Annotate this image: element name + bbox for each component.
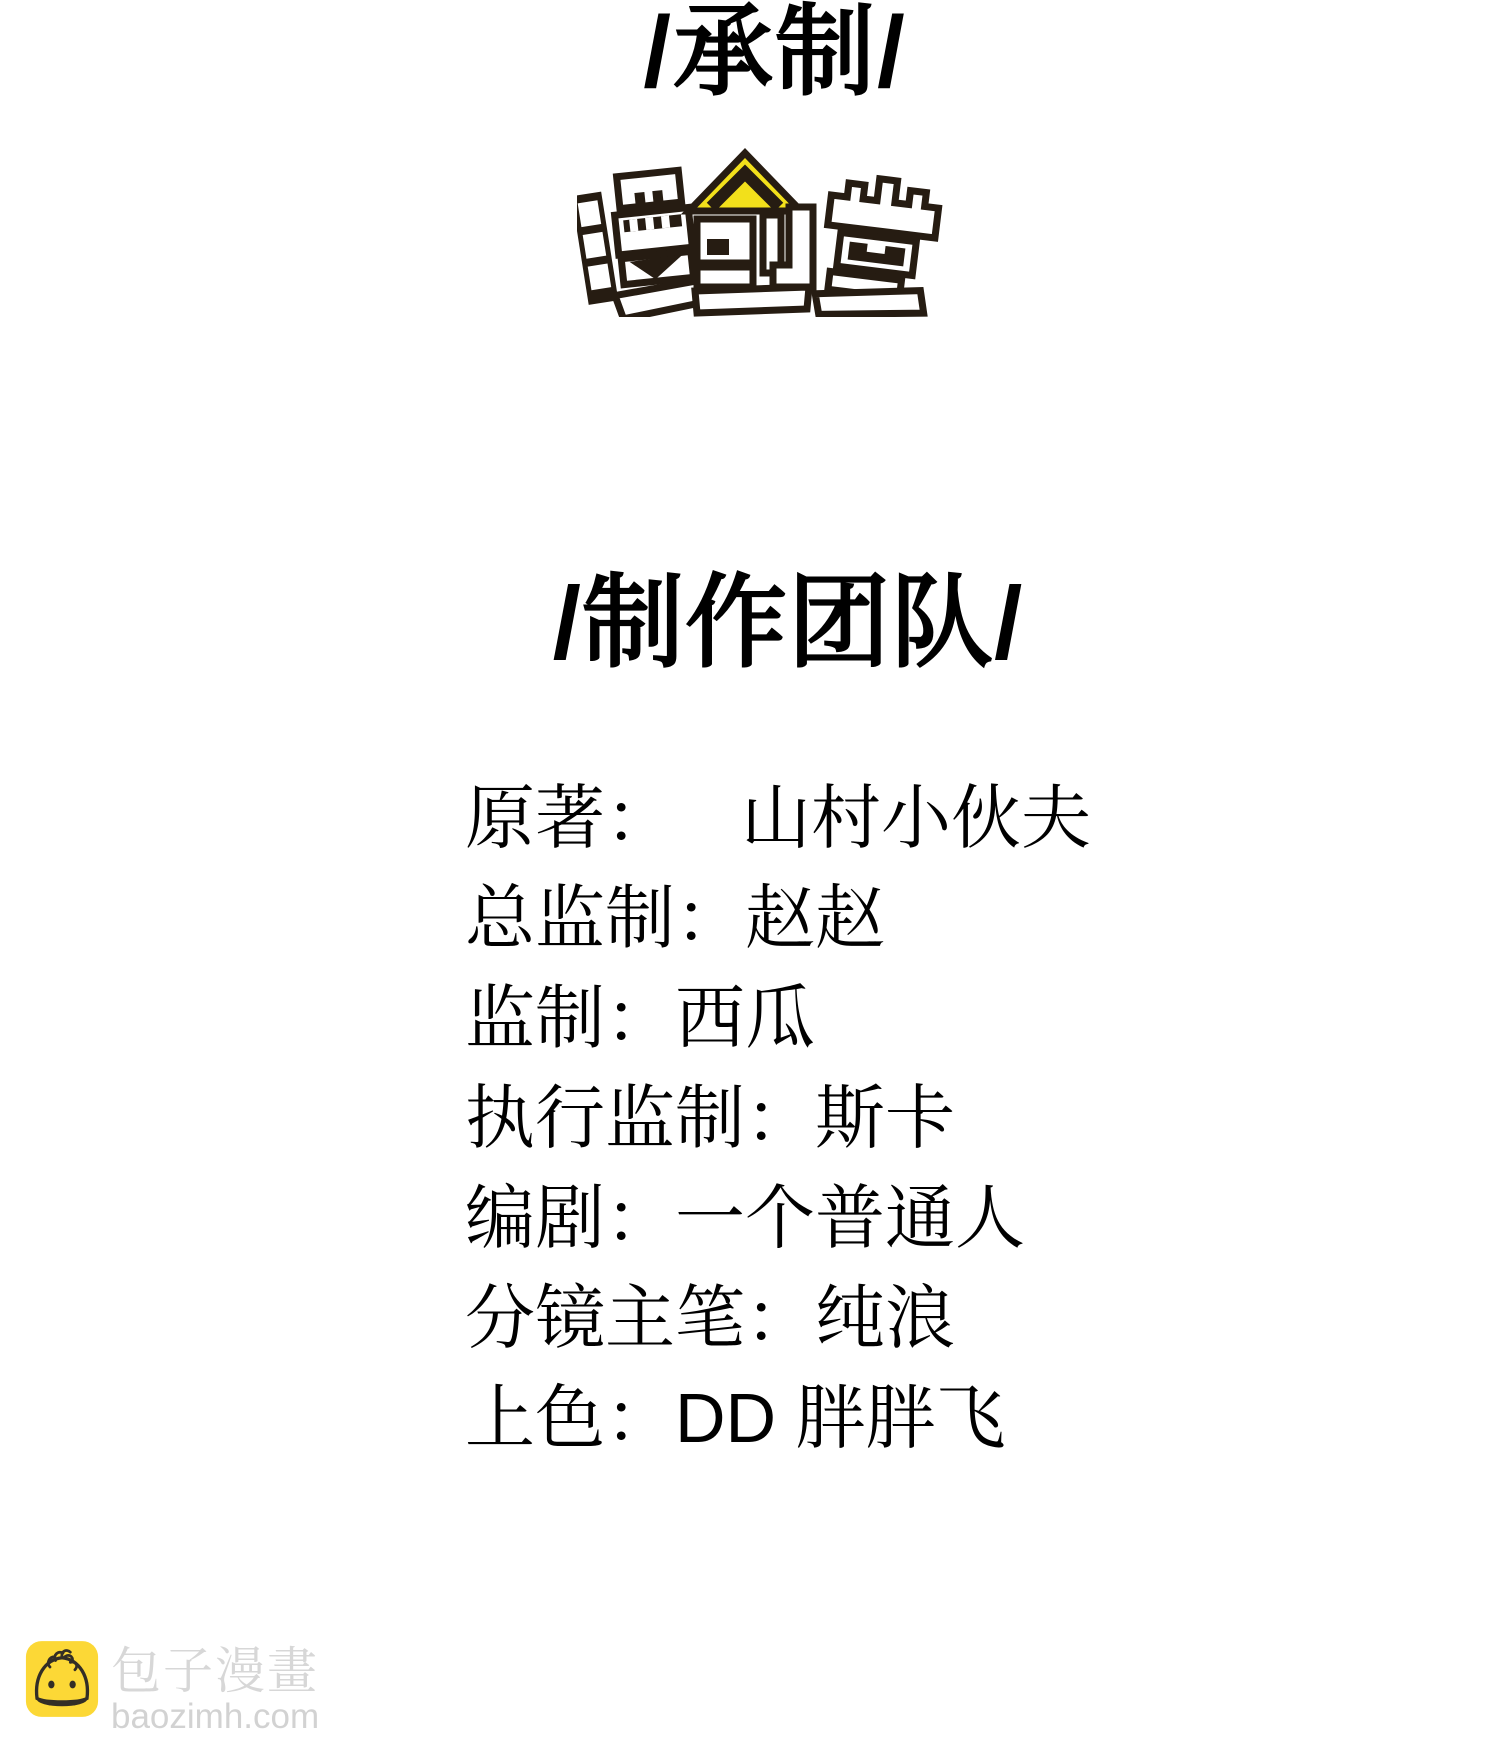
credit-role: 上色： <box>465 1379 675 1457</box>
credit-name: 西瓜 <box>675 979 815 1057</box>
credit-row-storyboard-artist: 分镜主笔：纯浪 <box>465 1268 1091 1368</box>
credit-row-executive-supervisor: 执行监制：斯卡 <box>465 1068 1091 1168</box>
logo-char-man <box>603 169 703 317</box>
credit-name: 一个普通人 <box>675 1179 1025 1257</box>
credit-role: 执行监制： <box>465 1079 815 1157</box>
credit-role: 原著： <box>465 779 675 857</box>
watermark-texts: 包子漫畫 baozimh.com <box>111 1646 319 1734</box>
credit-row-chief-supervisor: 总监制：赵赵 <box>465 868 1091 968</box>
logo-char-tang <box>813 173 941 317</box>
watermark: 包子漫畫 baozimh.com <box>25 1640 319 1734</box>
baozi-bun-icon <box>25 1640 99 1718</box>
credit-name: 纯浪 <box>815 1279 955 1357</box>
credit-role: 监制： <box>465 979 675 1057</box>
credit-row-screenwriter: 编剧：一个普通人 <box>465 1168 1091 1268</box>
credit-role: 编剧： <box>465 1179 675 1257</box>
credit-row-colorist: 上色：DD 胖胖飞 <box>465 1368 1091 1468</box>
studio-logo-art: 漫创堂 <box>577 145 949 317</box>
studio-logo: 漫创堂 <box>577 145 949 317</box>
credit-name: DD 胖胖飞 <box>675 1379 1006 1457</box>
credit-name: 斯卡 <box>815 1079 955 1157</box>
produced-by-heading: /承制/ <box>25 2 1500 102</box>
credits-list: 原著：山村小伙夫 总监制：赵赵 监制：西瓜 执行监制：斯卡 编剧：一个普通人 分… <box>465 768 1091 1468</box>
watermark-site-name: 包子漫畫 <box>111 1646 319 1696</box>
credit-row-supervisor: 监制：西瓜 <box>465 968 1091 1068</box>
logo-char-chuang <box>689 153 813 313</box>
credit-name: 赵赵 <box>745 879 885 957</box>
credit-role: 分镜主笔： <box>465 1279 815 1357</box>
credit-name: 山村小伙夫 <box>741 779 1091 857</box>
credit-row-original-author: 原著：山村小伙夫 <box>465 768 1091 868</box>
watermark-site-url: baozimh.com <box>111 1699 319 1734</box>
credit-role: 总监制： <box>465 879 745 957</box>
logo-char-man-radical <box>577 192 618 305</box>
team-heading: /制作团队/ <box>38 572 1500 674</box>
